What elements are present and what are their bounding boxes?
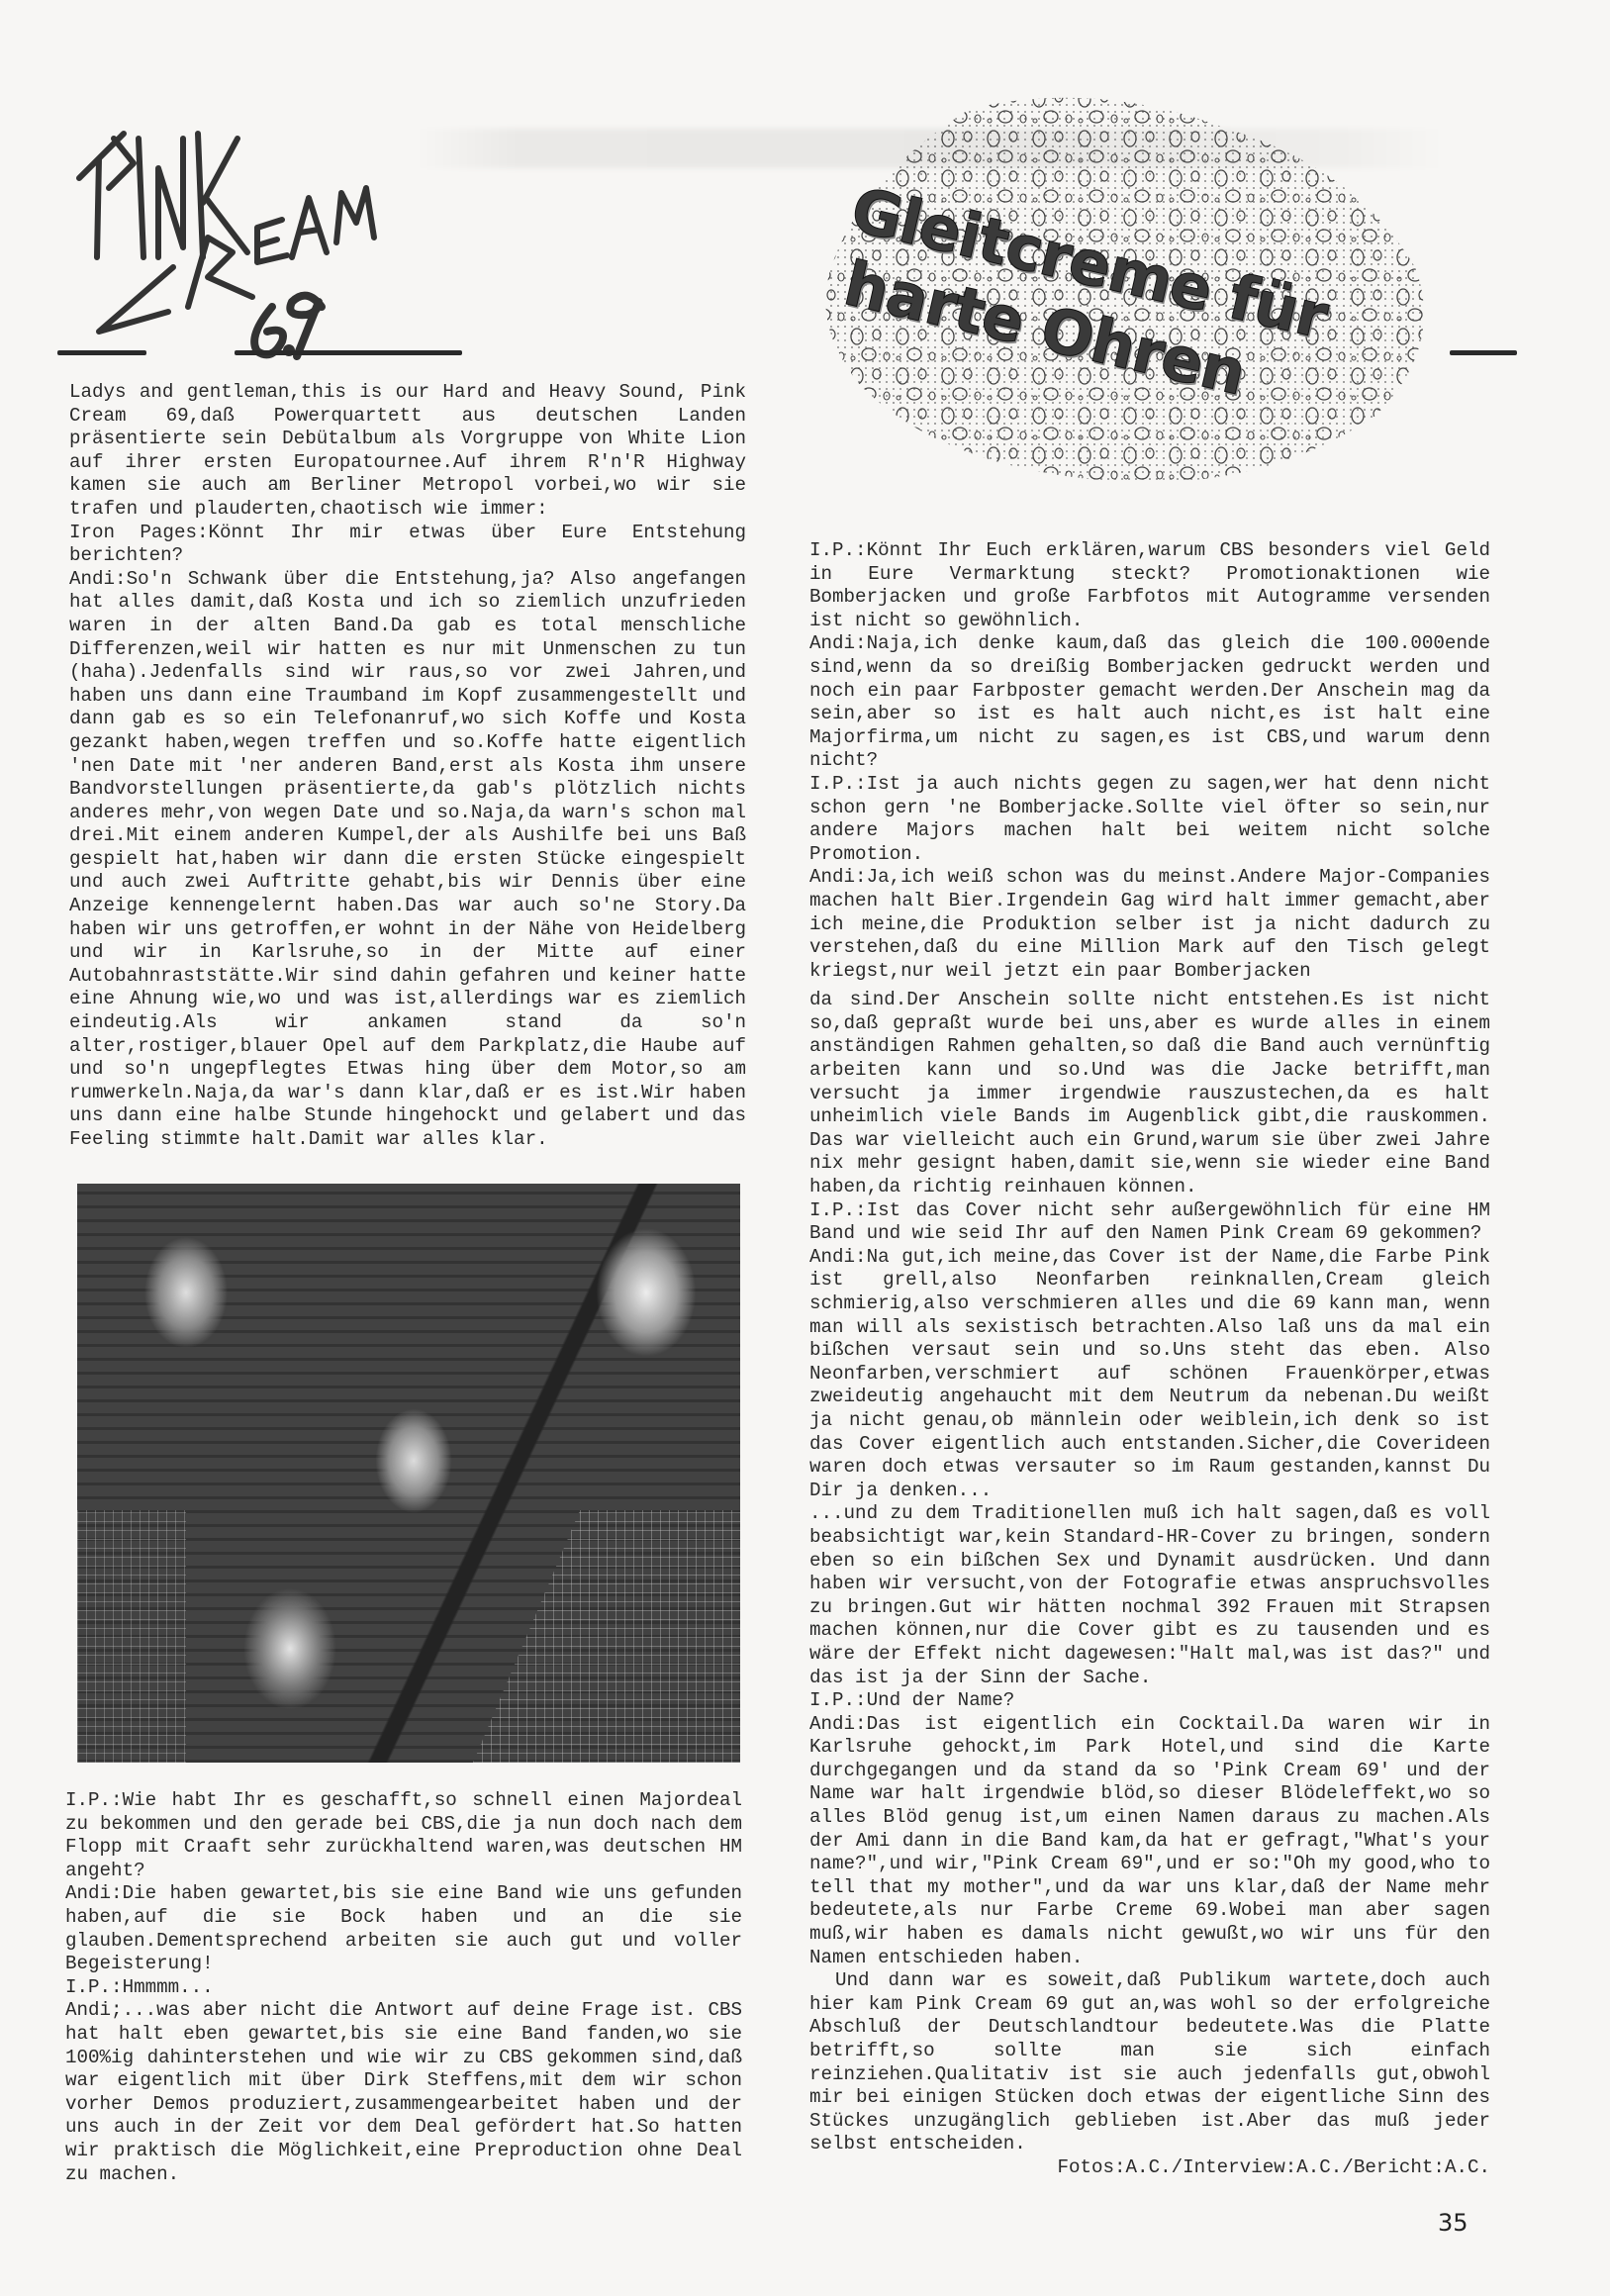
header-rule-right — [1450, 350, 1517, 355]
interview-question: Iron Pages:Könnt Ihr mir etwas über Eure… — [69, 522, 746, 568]
interview-answer-continued: ...und zu dem Traditionellen muß ich hal… — [809, 1502, 1490, 1689]
stair-mesh-left — [77, 1510, 186, 1763]
interview-question: I.P.:Hmmmm... — [65, 1976, 742, 2000]
header-rule-left — [57, 350, 146, 355]
page-number: 35 — [1438, 2209, 1468, 2237]
interview-answer-continued: da sind.Der Anschein sollte nicht entste… — [809, 989, 1490, 1198]
left-column-upper: Ladys and gentleman,this is our Hard and… — [69, 381, 746, 1152]
left-column-lower: I.P.:Wie habt Ihr es geschafft,so schnel… — [65, 1789, 742, 2186]
interview-answer: Andi;...was aber nicht die Antwort auf d… — [65, 1999, 742, 2186]
band-photo — [77, 1184, 740, 1763]
interview-answer: Andi:Naja,ich denke kaum,daß das gleich … — [809, 632, 1490, 773]
right-column: I.P.:Könnt Ihr Euch erklären,warum CBS b… — [809, 539, 1490, 2180]
interview-question: I.P.:Könnt Ihr Euch erklären,warum CBS b… — [809, 539, 1490, 632]
interview-answer: Andi:Ja,ich weiß schon was du meinst.And… — [809, 866, 1490, 983]
interview-answer: Andi:Na gut,ich meine,das Cover ist der … — [809, 1246, 1490, 1503]
header-rule-middle — [235, 350, 462, 355]
intro-paragraph: Ladys and gentleman,this is our Hard and… — [69, 381, 746, 522]
stair-mesh — [473, 1510, 740, 1763]
interview-question: I.P.:Ist ja auch nichts gegen zu sagen,w… — [809, 773, 1490, 866]
pink-cream-69-logo — [59, 109, 475, 366]
interview-answer: Andi:So'n Schwank über die Entstehung,ja… — [69, 568, 746, 1152]
interview-answer: Andi:Das ist eigentlich ein Cocktail.Da … — [809, 1713, 1490, 1970]
credits: Fotos:A.C./Interview:A.C./Bericht:A.C. — [809, 2156, 1490, 2180]
interview-answer: Andi:Die haben gewartet,bis sie eine Ban… — [65, 1882, 742, 1975]
closing-paragraph: Und dann war es soweit,daß Publikum wart… — [809, 1969, 1490, 2156]
interview-question: I.P.:Und der Name? — [809, 1689, 1490, 1713]
interview-question: I.P.:Wie habt Ihr es geschafft,so schnel… — [65, 1789, 742, 1882]
interview-question: I.P.:Ist das Cover nicht sehr außergewöh… — [809, 1199, 1490, 1246]
